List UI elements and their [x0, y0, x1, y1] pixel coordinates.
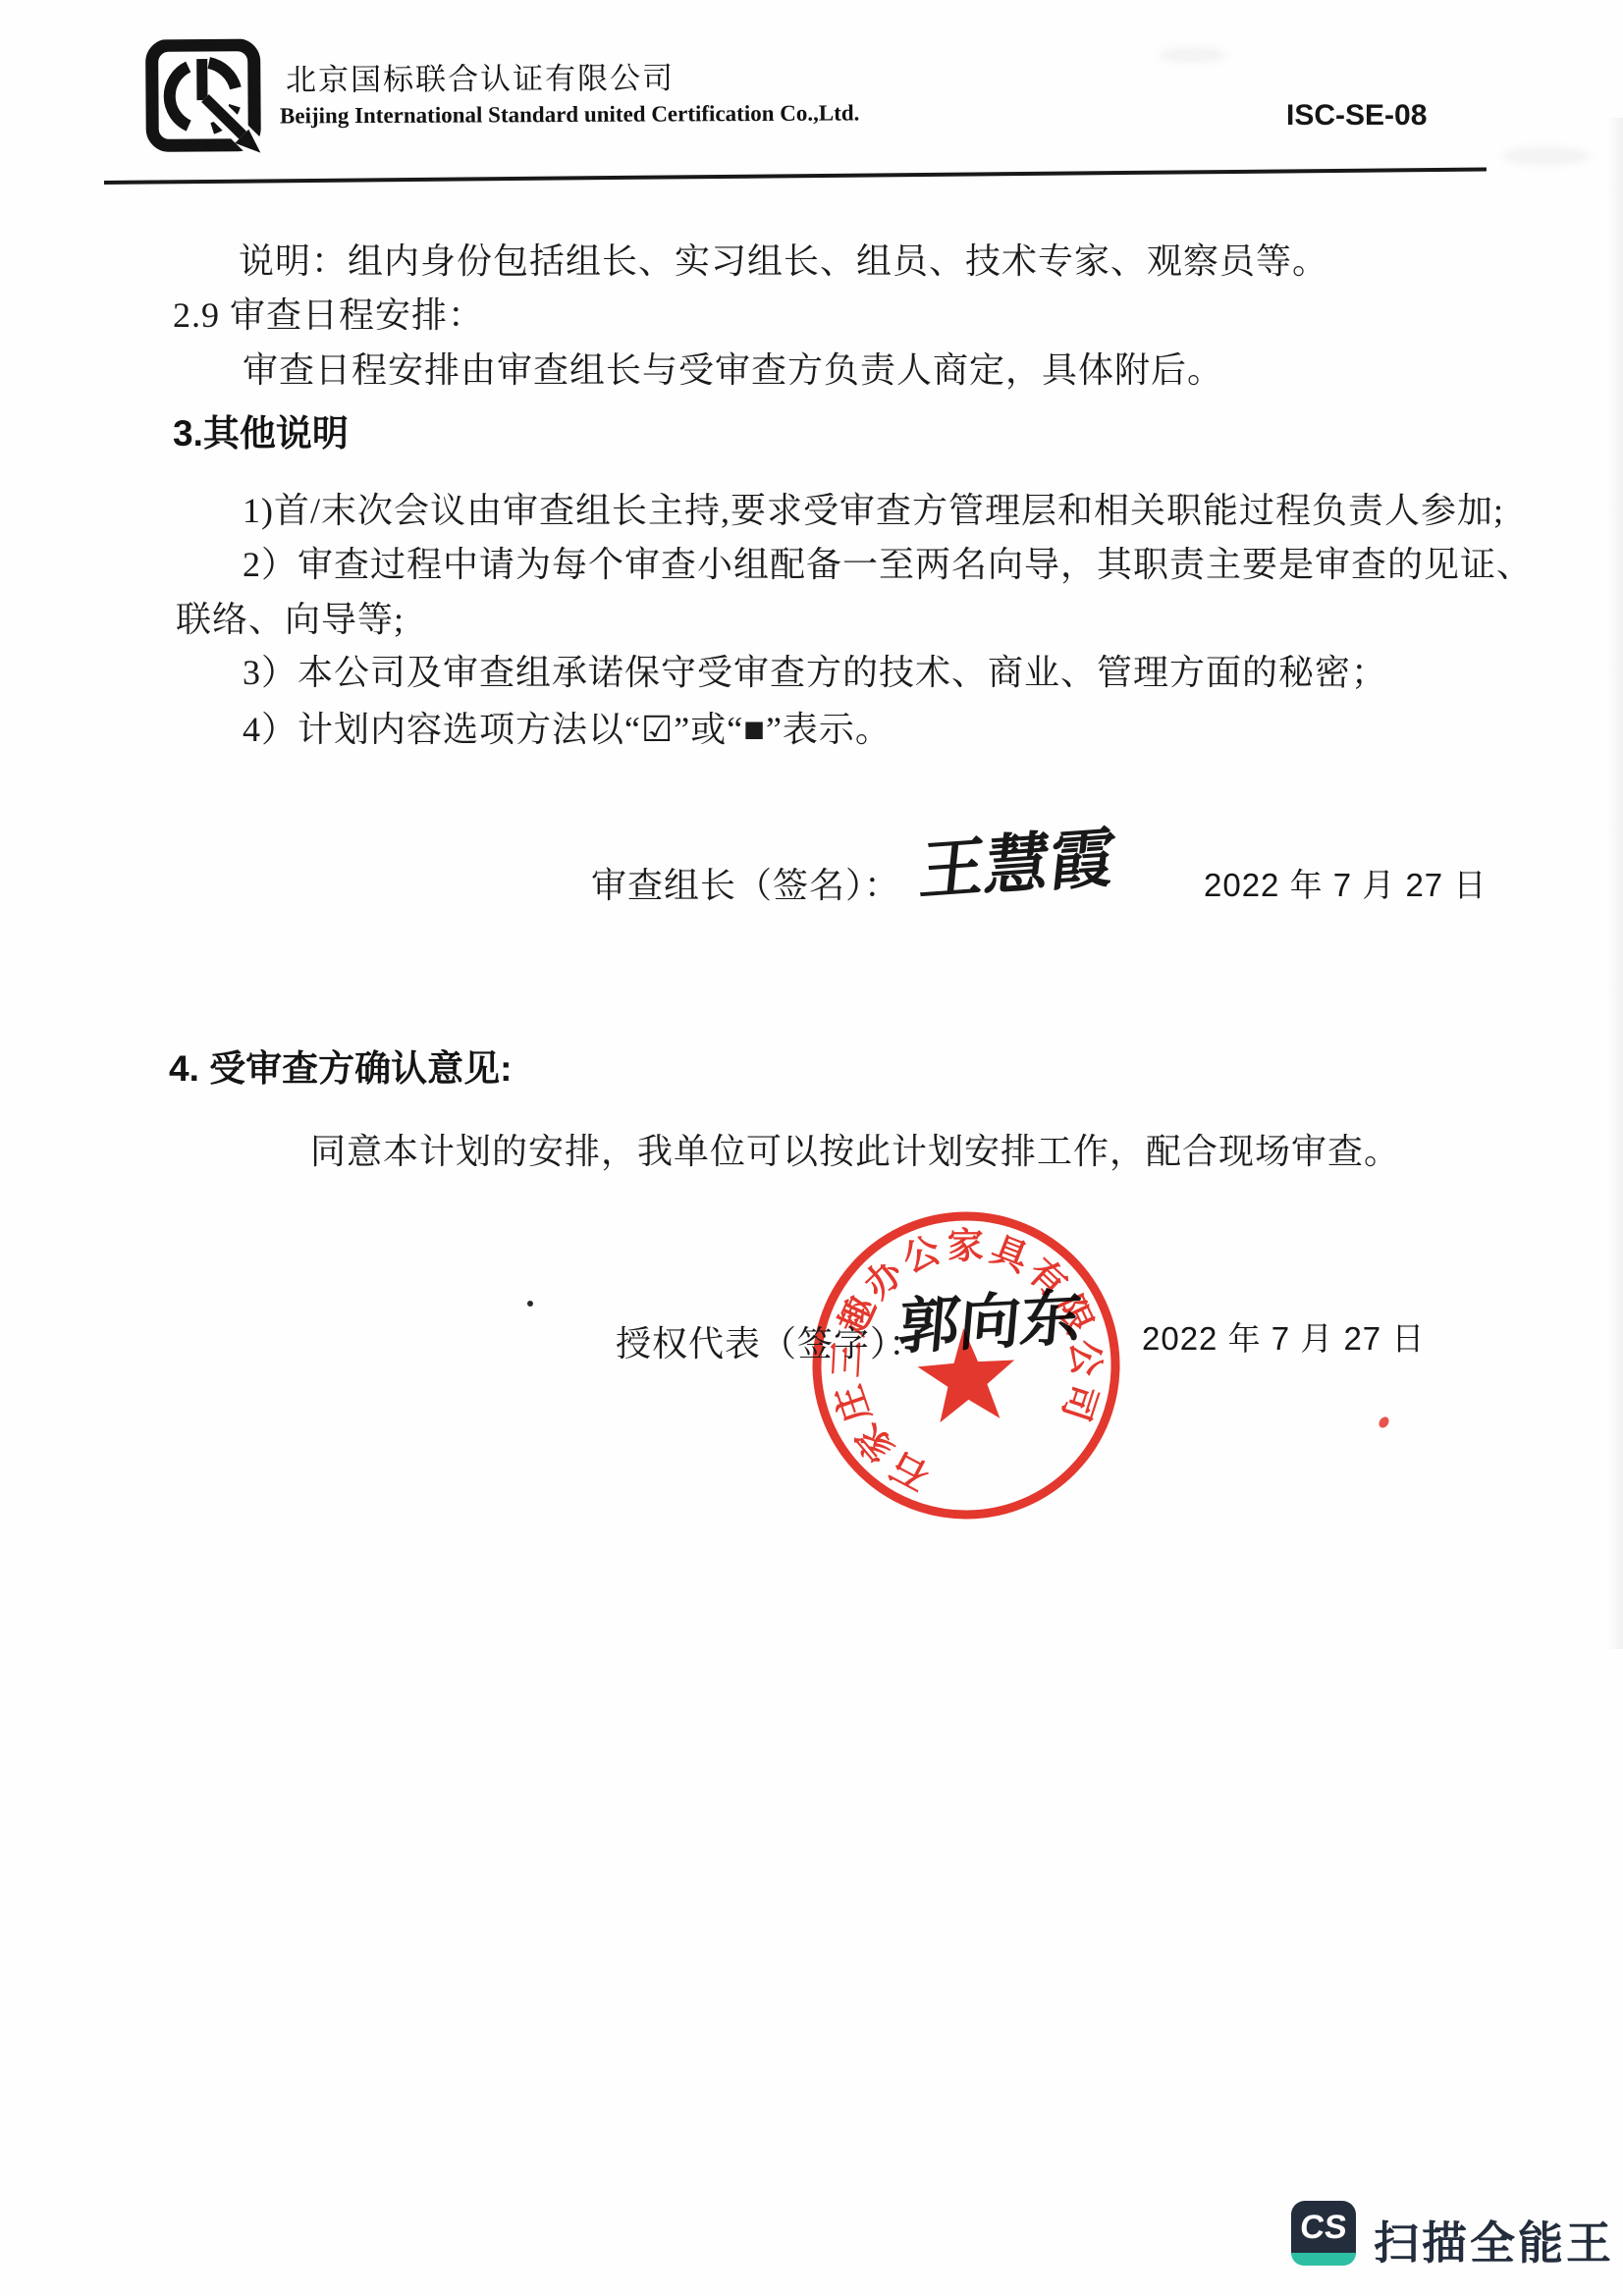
- camscanner-app-name: 扫描全能王: [1374, 2208, 1614, 2272]
- document-code: ISC-SE-08: [1286, 99, 1427, 133]
- header-divider: [104, 167, 1487, 185]
- other-note-item-2: 2）审查过程中请为每个审查小组配备一至两名向导，其职责主要是审查的见证、: [243, 537, 1533, 587]
- svg-text:家: 家: [947, 1226, 984, 1266]
- scanned-document-page: 北京国标联合认证有限公司 Beijing International Stand…: [0, 0, 1623, 2296]
- certification-logo-icon: [144, 39, 268, 161]
- other-note-item-2-continued: 联络、向导等;: [176, 592, 405, 642]
- other-note-item-1: 1)首/末次会议由审查组长主持,要求受审查方管理层和相关职能过程负责人参加;: [243, 483, 1504, 533]
- section-3-title: 3.其他说明: [173, 403, 349, 456]
- note-line: 说明：组内身份包括组长、实习组长、组员、技术专家、观察员等。: [239, 234, 1328, 284]
- ink-dot-artifact: [527, 1301, 533, 1307]
- svg-text:庄: 庄: [828, 1380, 878, 1427]
- consent-statement: 同意本计划的安排，我单位可以按此计划安排工作，配合现场审查。: [310, 1124, 1400, 1174]
- section-2-9-title: 2.9 审查日程安排：: [173, 288, 484, 338]
- other-note-item-4: 4）计划内容选项方法以“☑”或“■”表示。: [243, 702, 892, 752]
- other-note-item-3: 3）本公司及审查组承诺保守受审查方的技术、商业、管理方面的秘密；: [243, 645, 1387, 695]
- camscanner-cs-monogram: CS: [1289, 2202, 1359, 2253]
- authorized-rep-handwritten-signature: 郭向东: [895, 1268, 1086, 1365]
- scan-artifact: [1159, 47, 1227, 63]
- svg-text:公: 公: [897, 1229, 947, 1280]
- audit-leader-handwritten-signature: 王慧霞: [916, 805, 1120, 913]
- scan-edge-shadow: [1607, 118, 1623, 1649]
- svg-text:司: 司: [1055, 1379, 1105, 1426]
- section-4-title: 4. 受审查方确认意见:: [169, 1039, 512, 1092]
- company-name-cn: 北京国标联合认证有限公司: [286, 53, 675, 99]
- company-name-en: Beijing International Standard united Ce…: [280, 100, 860, 129]
- authorized-rep-date: 2022 年 7 月 27 日: [1142, 1313, 1425, 1360]
- camscanner-app-icon: CS: [1291, 2201, 1356, 2266]
- section-2-9-body: 审查日程安排由审查组长与受审查方负责人商定，具体附后。: [243, 343, 1223, 393]
- camscanner-icon-teal-strip: [1291, 2253, 1356, 2266]
- red-ink-speck: [1377, 1415, 1390, 1430]
- audit-leader-signature-label: 审查组长（签名）：: [591, 858, 900, 908]
- scan-artifact: [1502, 147, 1591, 165]
- authorized-rep-signature-label: 授权代表（签字）：: [616, 1316, 925, 1366]
- audit-leader-date: 2022 年 7 月 27 日: [1204, 860, 1487, 906]
